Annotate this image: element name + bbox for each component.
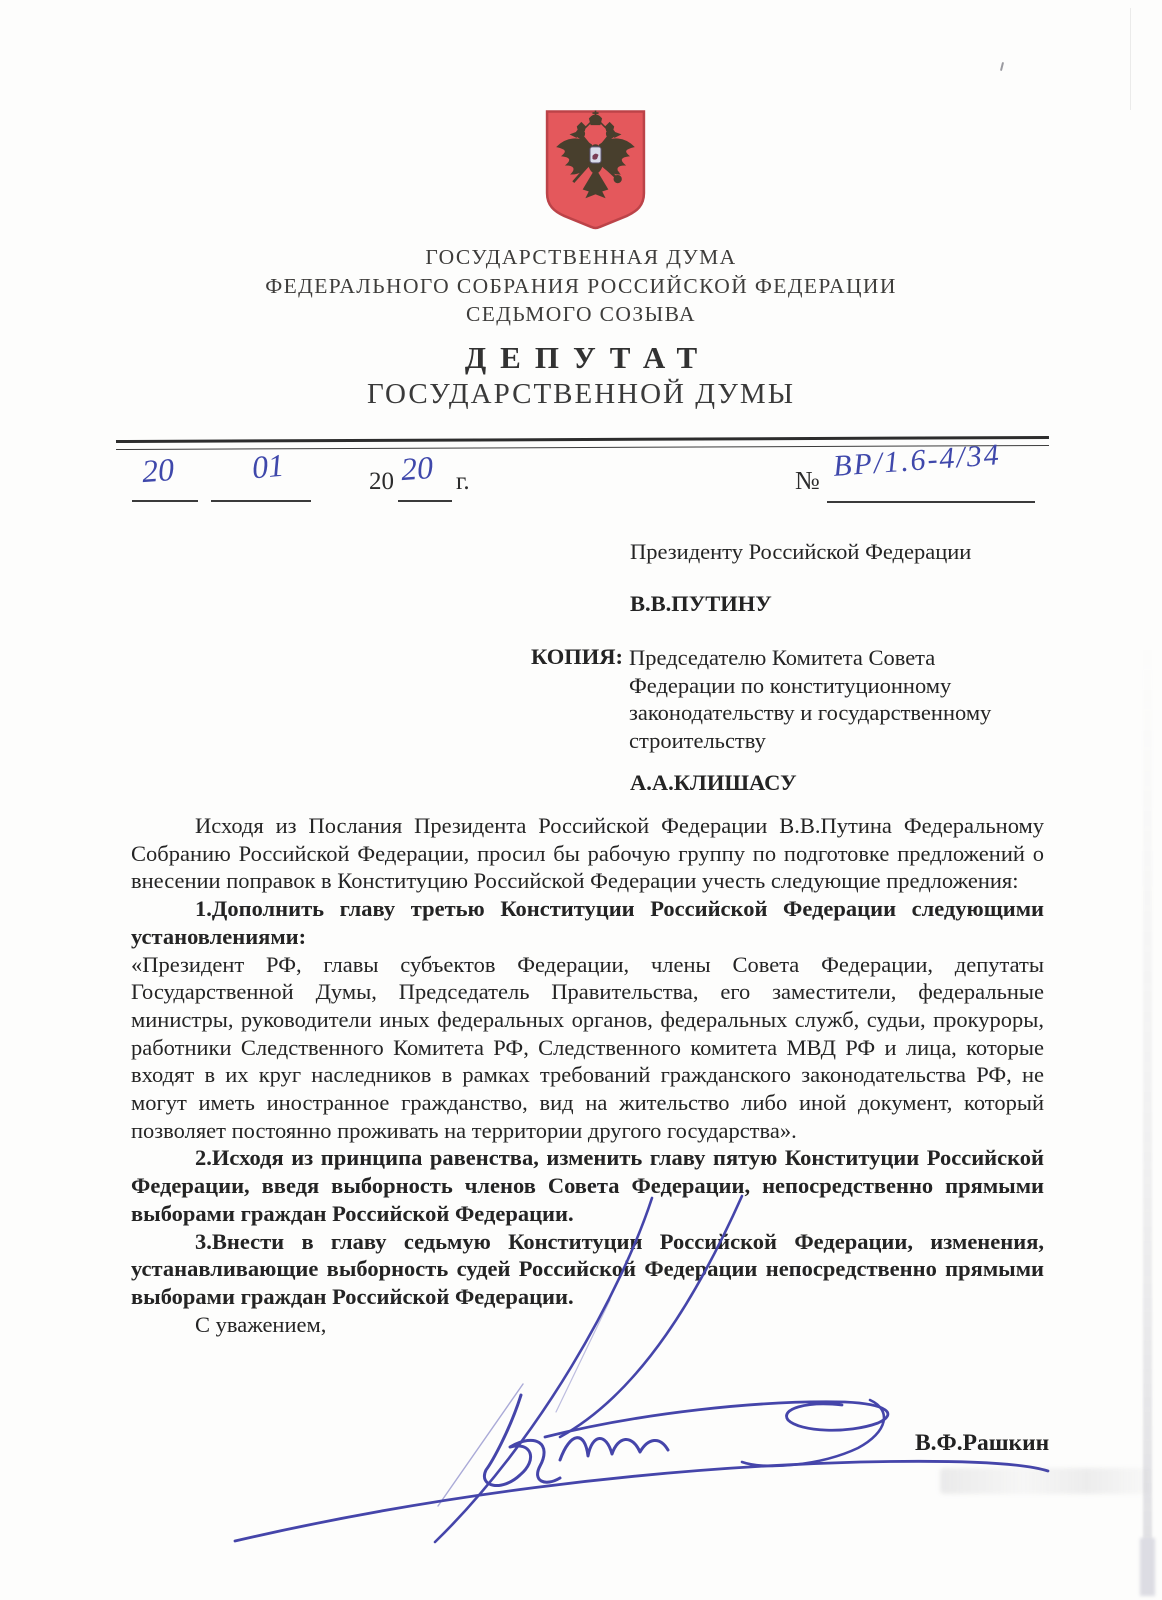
org-header-line1: ГОСУДАРСТВЕННАЯ ДУМА [0,243,1162,272]
paragraph-quote: «Президент РФ, главы субъектов Федерации… [131,952,1044,1143]
coat-of-arms-emblem [539,106,652,230]
org-header-line3: СЕДЬМОГО СОЗЫВА [0,300,1162,329]
printed-century: 20 [369,468,394,496]
scanned-letter-page: ГОСУДАРСТВЕННАЯ ДУМА ФЕДЕРАЛЬНОГО СОБРАН… [0,0,1162,1600]
handwritten-month: 01 [250,447,285,487]
addressee-name-klishas: А.А.КЛИШАСУ [630,770,797,796]
addressee-line: Президенту Российской Федерации [630,539,971,565]
year-suffix: г. [456,468,470,496]
copy-label: КОПИЯ: [531,644,623,670]
number-sign: № [795,466,820,496]
org-header-line2: ФЕДЕРАЛЬНОГО СОБРАНИЯ РОССИЙСКОЙ ФЕДЕРАЦ… [0,272,1162,301]
paragraph-point-1: 1.Дополнить главу третью Конституции Рос… [131,895,1044,950]
scan-artifact-ghost-text [940,1468,1150,1494]
closing-salutation: С уважением, [131,1311,1044,1339]
handwritten-day: 20 [141,451,176,490]
paragraph-point-3: 3.Внести в главу седьмую Конституции Рос… [131,1228,1044,1311]
org-header: ГОСУДАРСТВЕННАЯ ДУМА ФЕДЕРАЛЬНОГО СОБРАН… [0,243,1162,329]
scan-artifact-speck [1000,62,1004,71]
year-underline [398,500,452,502]
copy-recipient: Председателю Комитета Совета Федерации п… [629,644,1021,754]
paragraph-intro: Исходя из Послания Президента Российской… [131,812,1044,895]
letter-body: Исходя из Послания Президента Российской… [131,812,1044,1338]
number-underline [827,501,1035,503]
paragraph-point-2: 2.Исходя из принципа равенства, изменить… [131,1144,1044,1227]
letterhead-title-duma: ГОСУДАРСТВЕННОЙ ДУМЫ [0,378,1162,411]
day-underline [132,500,198,502]
scan-artifact-edge-shadow [1143,640,1152,1590]
addressee-name-putin: В.В.ПУТИНУ [630,591,772,617]
signatory-name: В.Ф.Рашкин [915,1430,1049,1457]
letterhead-title-deputy: ДЕПУТАТ [0,340,1162,376]
month-underline [211,500,311,502]
handwritten-year: 20 [400,449,435,488]
scan-artifact-hairline [1130,8,1131,110]
scan-artifact-corner [1140,1538,1155,1596]
